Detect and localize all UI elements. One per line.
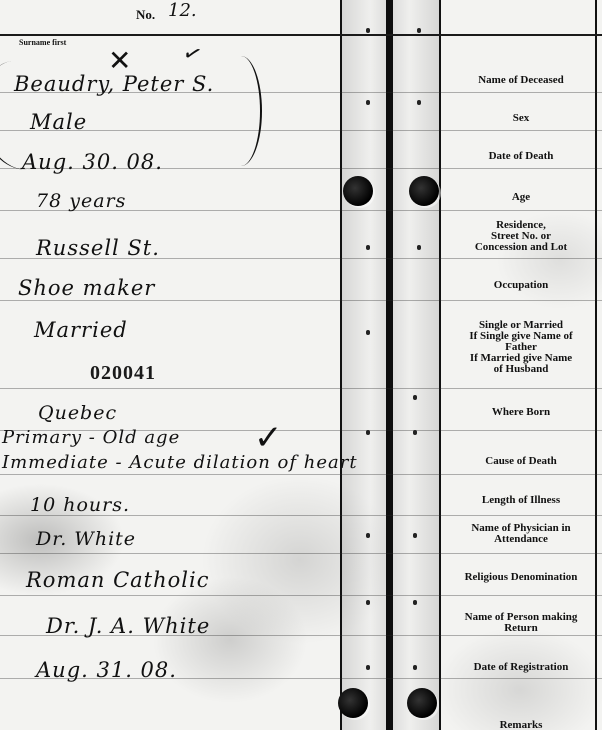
label-date-of-death: Date of Death [448, 151, 594, 162]
stitch-hole [366, 600, 370, 605]
stitch-hole [366, 28, 370, 33]
label-sex: Sex [448, 113, 594, 124]
surname-hint: Surname first [19, 38, 66, 47]
column-divider-left [340, 0, 342, 730]
registration-date-value: Aug. 31. 08. [36, 658, 177, 682]
label-line: of Husband [448, 364, 594, 375]
bracket-right [220, 56, 262, 166]
stitch-hole [366, 665, 370, 670]
deceased-name-value: Beaudry, Peter S. [14, 72, 214, 96]
stitch-hole [366, 533, 370, 538]
label-name-of-deceased: Name of Deceased [448, 75, 594, 86]
occupation-value: Shoe maker [18, 276, 155, 300]
rivet-icon [338, 688, 368, 718]
check-mark-icon: ✓ [179, 40, 205, 70]
label-age: Age [448, 192, 594, 203]
cause-immediate-value: Immediate - Acute dilation of heart [2, 452, 358, 473]
stitch-hole [417, 28, 421, 33]
physician-value: Dr. White [36, 528, 136, 550]
birthplace-value: Quebec [38, 402, 117, 424]
stitch-hole [413, 395, 417, 400]
book-spine [386, 0, 393, 730]
label-religious-denomination: Religious Denomination [448, 572, 594, 583]
row-rule [0, 595, 602, 596]
header-rule [0, 34, 602, 36]
stitch-hole [413, 665, 417, 670]
religion-value: Roman Catholic [26, 568, 209, 592]
death-register-page: No. 12. Surname first ✕ ✓ ✓ Beaudry, Pet… [0, 0, 602, 730]
stitch-hole [413, 533, 417, 538]
registry-stamp-number: 020041 [90, 362, 156, 385]
row-rule [0, 553, 602, 554]
stitch-hole [366, 245, 370, 250]
label-length-of-illness: Length of Illness [448, 495, 594, 506]
label-remarks: Remarks [448, 720, 594, 730]
cause-primary-value: Primary - Old age [2, 427, 180, 448]
label-marital-status: Single or Married If Single give Name of… [448, 320, 594, 375]
stitch-hole [413, 600, 417, 605]
stitch-hole [417, 100, 421, 105]
label-physician: Name of Physician in Attendance [448, 523, 594, 545]
label-residence: Residence, Street No. or Concession and … [448, 220, 594, 253]
row-rule [0, 300, 602, 301]
age-value: 78 years [36, 190, 126, 212]
rivet-icon [343, 176, 373, 206]
record-number-label: No. [136, 7, 155, 23]
residence-value: Russell St. [36, 236, 160, 260]
column-divider-edge [595, 0, 597, 730]
date-of-death-value: Aug. 30. 08. [22, 150, 163, 174]
row-rule [0, 474, 602, 475]
return-person-value: Dr. J. A. White [46, 614, 210, 638]
label-line: Concession and Lot [448, 242, 594, 253]
row-rule [0, 130, 602, 131]
label-line: Attendance [448, 534, 594, 545]
stitch-hole [417, 245, 421, 250]
rivet-icon [407, 688, 437, 718]
stitch-hole [366, 330, 370, 335]
row-rule [0, 388, 602, 389]
label-occupation: Occupation [448, 280, 594, 291]
column-divider-right [439, 0, 441, 730]
sex-value: Male [30, 110, 87, 134]
stitch-hole [366, 100, 370, 105]
label-date-of-registration: Date of Registration [448, 662, 594, 673]
record-number: 12. [168, 0, 197, 21]
label-person-making-return: Name of Person making Return [448, 612, 594, 634]
label-cause-of-death: Cause of Death [448, 456, 594, 467]
label-where-born: Where Born [448, 407, 594, 418]
illness-length-value: 10 hours. [30, 494, 130, 516]
marital-status-value: Married [34, 318, 128, 342]
rivet-icon [409, 176, 439, 206]
label-line: Return [448, 623, 594, 634]
